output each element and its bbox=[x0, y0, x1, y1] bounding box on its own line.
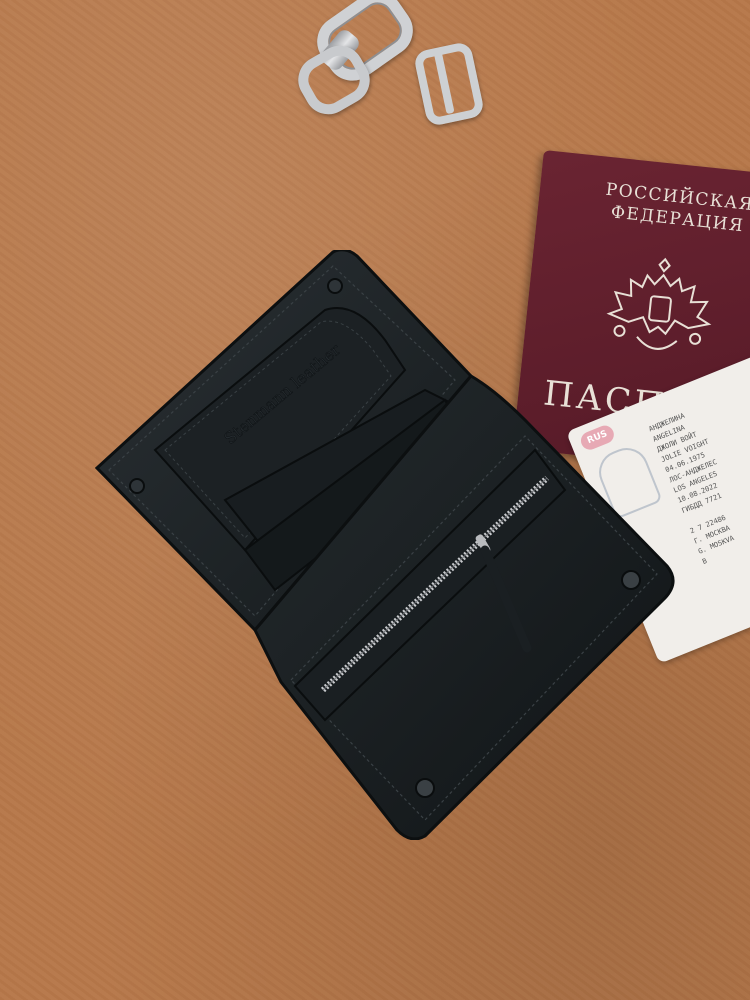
passport-country: РОССИЙСКАЯ ФЕДЕРАЦИЯ bbox=[577, 176, 750, 241]
snap-button bbox=[622, 571, 640, 589]
snap-button bbox=[130, 479, 144, 493]
snap-button bbox=[416, 779, 434, 797]
snap-button bbox=[328, 279, 342, 293]
slider-buckle bbox=[413, 41, 486, 127]
leather-wallet: Stenmann leather bbox=[95, 250, 675, 840]
